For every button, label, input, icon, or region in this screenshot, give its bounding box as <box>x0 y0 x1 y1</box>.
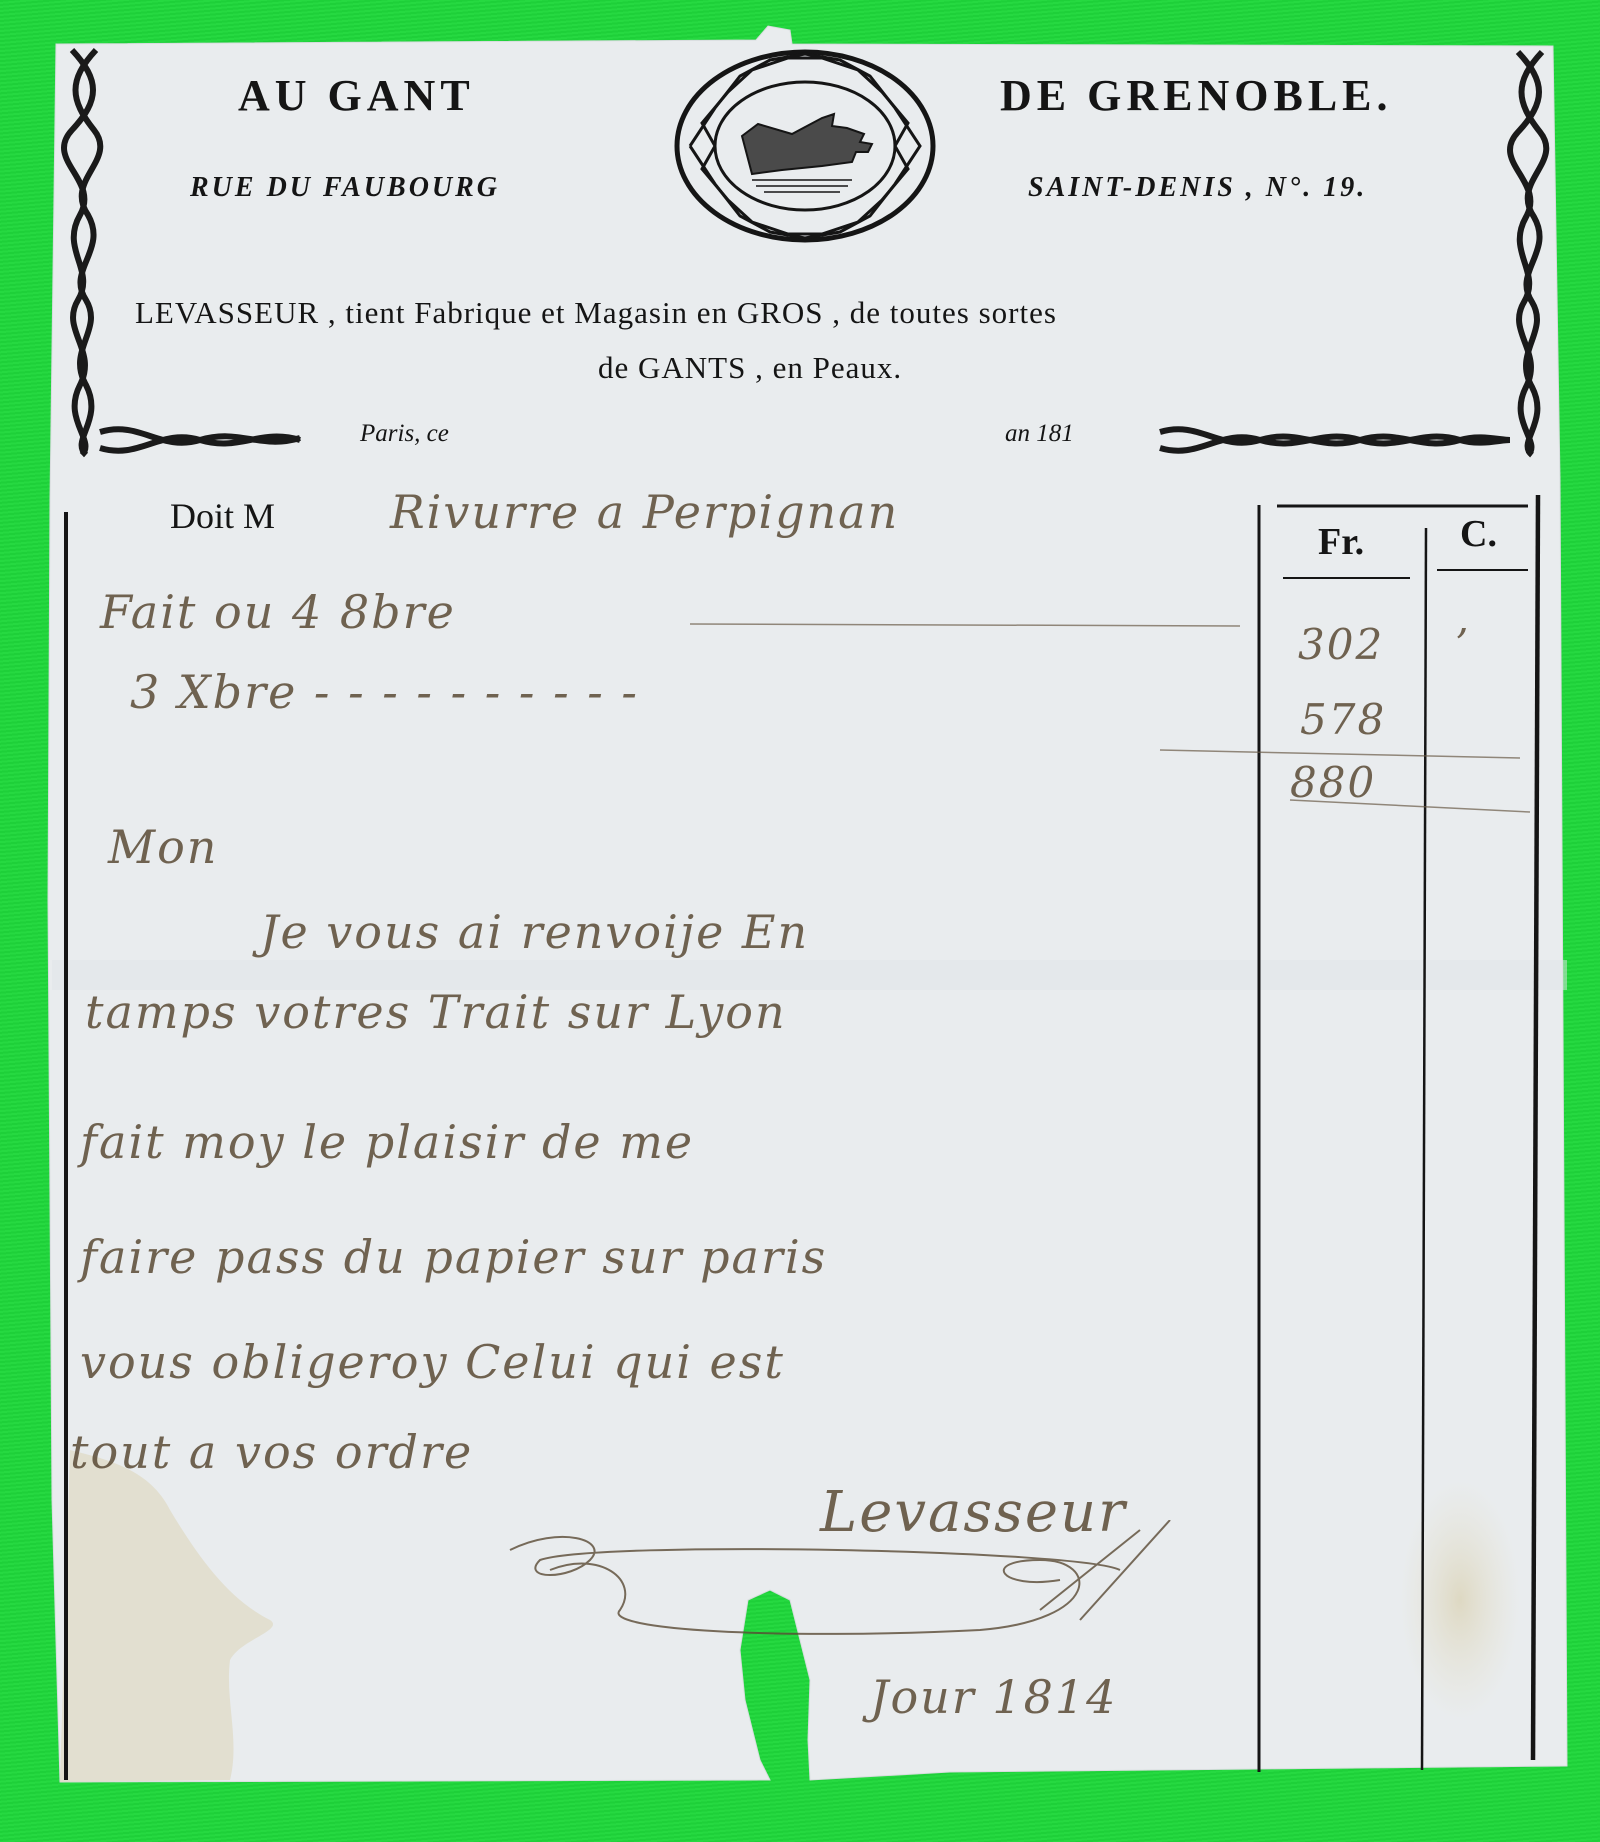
letter-date: Jour 1814 <box>870 1670 1117 1724</box>
letter-line: Je vous ai renvoije En <box>260 905 809 959</box>
column-header-francs: Fr. <box>1318 520 1364 564</box>
letter-line: fait moy le plaisir de me <box>80 1115 694 1169</box>
signature-flourish <box>480 1520 1180 1670</box>
line-item-description: Fait ou 4 8bre <box>100 585 456 639</box>
letter-salutation: Mon <box>108 820 218 874</box>
debtor-label: Doit M <box>170 495 275 537</box>
total-francs: 880 <box>1290 758 1376 807</box>
line-item-francs: 302 <box>1298 620 1384 669</box>
line-item-francs: 578 <box>1300 695 1386 744</box>
letter-line: faire pass du papier sur paris <box>80 1230 827 1284</box>
debtor-name: Rivurre a Perpignan <box>390 485 899 539</box>
line-item-centimes: ’ <box>1455 620 1470 669</box>
letter-line: vous obligeroy Celui qui est <box>80 1335 785 1389</box>
document-page: AU GANT DE GRENOBLE. RUE DU FAUBOURG SAI… <box>0 0 1600 1842</box>
letter-line: tout a vos ordre <box>70 1425 473 1479</box>
line-item-description: 3 Xbre - - - - - - - - - - <box>130 665 639 719</box>
column-header-centimes: C. <box>1460 512 1497 556</box>
letter-line: tamps votres Trait sur Lyon <box>85 985 787 1039</box>
